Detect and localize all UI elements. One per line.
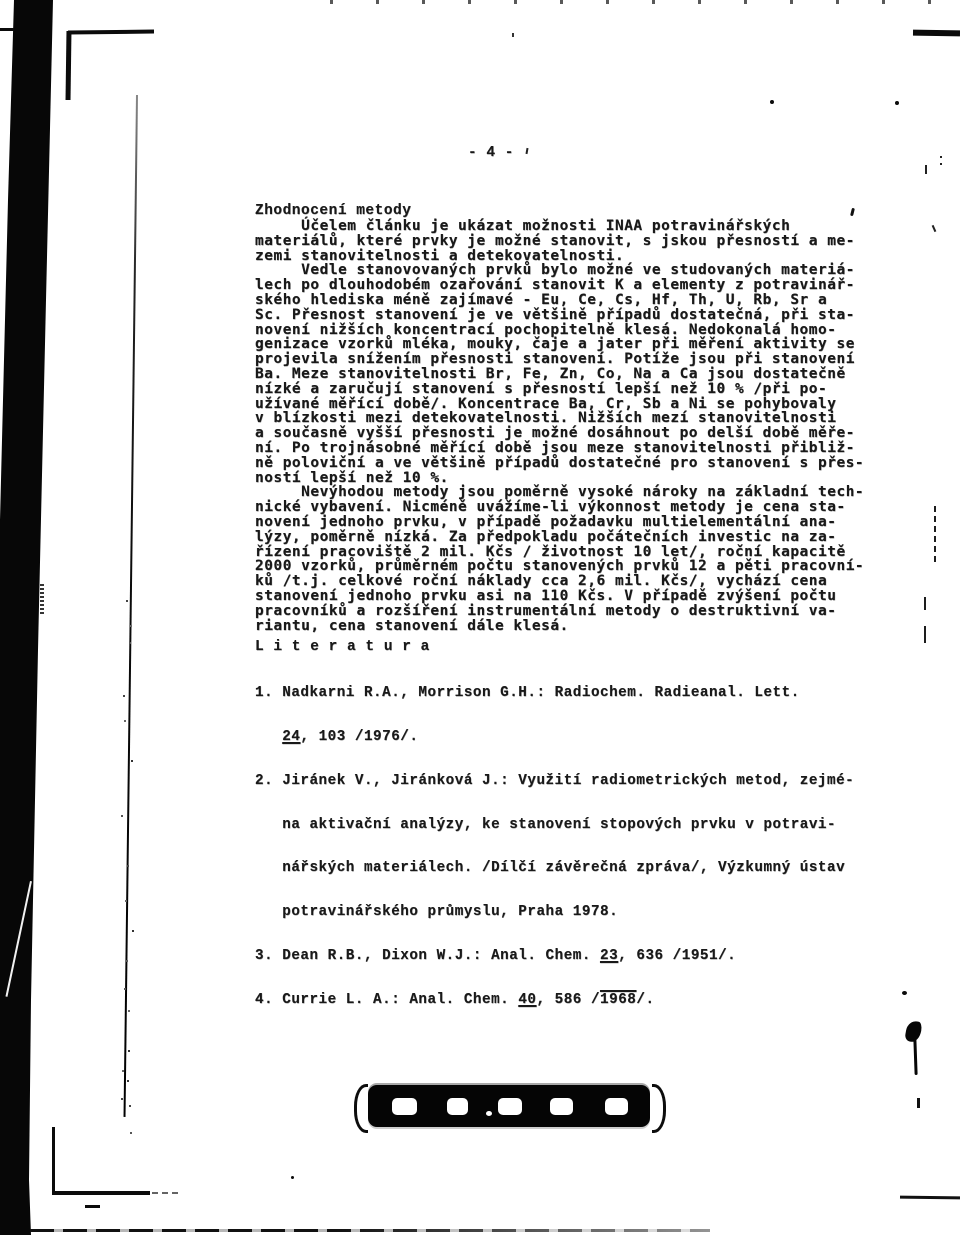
ink-speck <box>512 33 514 37</box>
strip-hole <box>550 1098 573 1115</box>
reference-volume: 40 <box>518 992 536 1008</box>
black-line-bottom-right <box>900 1196 960 1200</box>
crop-mark-bottom-left-horizontal <box>52 1191 150 1195</box>
reference-text: , 586 / <box>536 992 600 1008</box>
ink-speck <box>898 1037 902 1040</box>
bottom-edge-dashed-line <box>30 1229 710 1232</box>
strip-hole <box>447 1098 468 1115</box>
literatura-heading: L i t e r a t u r a <box>255 640 430 655</box>
edge-tick-top-left <box>0 28 14 31</box>
strip-right-paren-mark <box>652 1084 666 1133</box>
reference-1-line-1: 1. Nadkarni R.A., Morrison G.H.: Radioch… <box>255 686 854 701</box>
page-edge-line <box>124 95 138 1117</box>
crop-mark-top-left-horizontal <box>68 30 154 35</box>
edge-tick-bottom-left <box>85 1205 100 1208</box>
strip-hole <box>605 1098 628 1115</box>
reference-text: na aktivační analýzy, ke stanovení stopo… <box>255 817 836 833</box>
ink-blob-tail <box>913 1039 917 1075</box>
right-margin-tick <box>924 626 926 643</box>
reference-3: 3. Dean R.B., Dixon W.J.: Anal. Chem. 23… <box>255 949 854 964</box>
reference-volume: 24 <box>282 729 300 745</box>
ink-speck <box>291 1176 294 1179</box>
ink-speck <box>525 148 528 154</box>
strip-small-dot <box>486 1111 492 1116</box>
reference-4: 4. Currie L. A.: Anal. Chem. 40, 586 /19… <box>255 993 854 1008</box>
binding-edge-bar <box>0 0 60 1235</box>
section-heading: Zhodnocení metody <box>255 204 411 219</box>
reference-year: 1968 <box>600 992 636 1008</box>
reference-2-line-1: 2. Jiránek V., Jiránková J.: Využití rad… <box>255 774 854 789</box>
scan-speckle <box>126 600 128 602</box>
strip-hole <box>392 1098 417 1115</box>
micro-marginalia-mark <box>40 584 44 614</box>
ink-speck <box>925 165 927 174</box>
reference-list: 1. Nadkarni R.A., Morrison G.H.: Radioch… <box>255 657 854 1036</box>
crop-mark-top-left-vertical <box>66 31 72 100</box>
body-text: Účelem článku je ukázat možnosti INAA po… <box>255 219 864 633</box>
reference-text: 1. Nadkarni R.A., Morrison G.H.: Radioch… <box>255 685 800 701</box>
redaction-strip <box>368 1085 650 1127</box>
reference-text: /. <box>636 992 654 1008</box>
right-margin-dashed-line <box>934 506 936 566</box>
ink-speck <box>770 100 774 104</box>
reference-text: , 103 /1976/. <box>300 729 418 745</box>
reference-indent <box>255 729 282 745</box>
black-bar-top-right <box>913 30 960 37</box>
ink-speck <box>902 991 907 995</box>
reference-text: 3. Dean R.B., Dixon W.J.: Anal. Chem. <box>255 948 600 964</box>
ink-speck <box>917 1098 920 1108</box>
ink-speck <box>940 156 942 158</box>
reference-2-line-3: nářských materiálech. /Dílčí závěrečná z… <box>255 861 854 876</box>
ink-speck <box>895 101 899 105</box>
reference-1-line-2: 24, 103 /1976/. <box>255 730 854 745</box>
right-margin-tick <box>924 597 926 610</box>
strip-left-paren-mark <box>354 1084 368 1133</box>
crop-mark-bottom-left-extension <box>152 1192 180 1194</box>
page-number: - 4 - <box>468 146 514 161</box>
ink-speck <box>932 225 937 232</box>
reference-volume: 23 <box>600 948 618 964</box>
strip-hole <box>498 1098 522 1115</box>
reference-2-line-4: potravinářského průmyslu, Praha 1978. <box>255 905 854 920</box>
crop-mark-bottom-left-vertical <box>52 1127 55 1193</box>
top-edge-specks <box>330 0 958 4</box>
reference-text: , 636 /1951/. <box>618 948 736 964</box>
apostrophe-mark <box>850 208 855 216</box>
reference-2-line-2: na aktivační analýzy, ke stanovení stopo… <box>255 818 854 833</box>
scanned-document-page: - 4 - Zhodnocení metody Účelem článku je… <box>0 0 960 1235</box>
reference-text: 2. Jiránek V., Jiránková J.: Využití rad… <box>255 773 854 789</box>
reference-text: 4. Currie L. A.: Anal. Chem. <box>255 992 518 1008</box>
reference-text: nářských materiálech. /Dílčí závěrečná z… <box>255 860 845 876</box>
reference-text: potravinářského průmyslu, Praha 1978. <box>255 904 618 920</box>
